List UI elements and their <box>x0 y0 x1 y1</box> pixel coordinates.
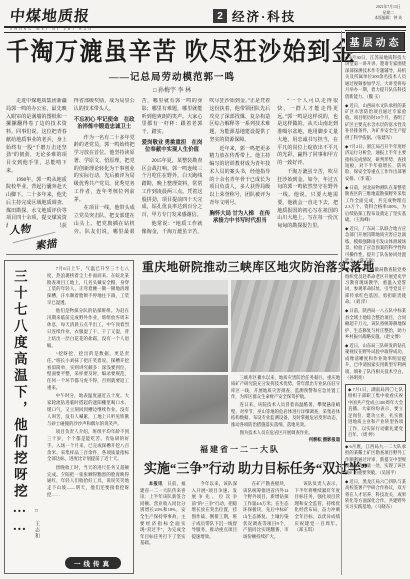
sidebar-item-text: 7月2日，浙江局召开半年度经济运行分析会，通报上半年主要指标完成情况，研判形势、… <box>345 144 406 181</box>
sidebar-item-text: 6月底，江西局九一二大队承担的某稀土矿区勘查项目野外工作顺利通过评审，新提交中型… <box>345 444 406 475</box>
article-block: 作为一名有二十多年党龄的老党员，郭一鸣始终把学习放在首位。他坚持读原著、学原文、… <box>74 135 135 205</box>
sidebar-item: ◆近日，广东局二队联合地方应急部门开展汛期地质灾害应急演练，模拟强降雨引发山体滑… <box>345 226 406 265</box>
column-logo-character-sketch: 人物 素描 <box>8 222 60 252</box>
sidebar-item: ◆7月1日，湖南局四〇七队组织干部职工集中收看庆祝中国共产党成立100周年大会直… <box>345 384 406 442</box>
date-line: 2021年7月13日 <box>374 5 402 11</box>
diamond-bullet-icon: ◆ <box>345 226 348 231</box>
bottom-article-paragraph: 今年以来，该队深入开展“项目争速、发展争先、位次争前”的“三争”行动，把稳增长放… <box>192 481 238 540</box>
sidebar-item-text: 6月30日，江苏局地质科技大讲堂第一讲开讲，邀请专家围绕深部探测技术作专题辅导，… <box>345 55 406 99</box>
sidebar-item-text: 6月下旬，安徽局勘查院党委组织党员赴革命老区开展党史学习教育现场教学，重温入党誓… <box>345 267 406 304</box>
bottom-article-headline: 实施“三争”行动 助力目标任务“双过半” <box>144 457 336 477</box>
bottom-article-paragraph: 该队负责人表示，下半年将继续紧盯年度目标任务，强化项目管理和安全监管，持续优化经… <box>295 481 341 534</box>
sidebar-divider-rule <box>341 31 342 575</box>
article-block: 2015年夏，某整装勘查区会战打响。郭一鸣连续三个月吃住在野外，白天跑线踏勘，晚… <box>142 158 203 220</box>
feature-paragraph: 傍晚收工时，当天的进尺任务又超额完成。夕阳把一张张晒得黝黑的脸庞映得通红，年轻人… <box>47 465 129 499</box>
caption-paragraph: 三峡库区蓄水以来，地质灾害防治任务艰巨。重庆地质矿产研究院充分发挥技术优势，常年… <box>231 375 340 401</box>
article-block: 近年来，郭一鸣把更多精力放在传帮带上。他主持编写的培训教材成为青年技术人员的案头… <box>209 146 270 208</box>
sidebar-item-text: 日前，陕西局一八五队中标某县全域土地综合整治项目，合同额超千万元。该队将统筹耕地… <box>345 308 406 339</box>
sidebar-item: ◆6月底，江西局九一二大队承担的某稀土矿区勘查项目野外工作顺利通过评审，新提交中… <box>345 444 406 476</box>
sidebar-item: ◆6月30日，江苏局地质科技大讲堂第一讲开讲，邀请专家围绕深部探测技术作专题辅导… <box>345 55 406 100</box>
paragraph-text: 今年以来，该队深入开展“项目争速、发展争先、位次争前”的“三争”行动，把稳增长放… <box>192 481 238 539</box>
caption-paragraph: 图为技术人员在危岩区开展调查作业。 <box>231 430 340 436</box>
article-block: 走进中煤地质集团新疆局郭一鸣的办公室，最先映入眼帘的是满墙的图纸和一摞摞翻得卷了… <box>6 98 67 176</box>
collage-right-column: 三峡库区蓄水以来，地质灾害防治任务艰巨。重庆地质矿产研究院充分发挥技术优势，常年… <box>231 280 340 444</box>
sidebar-item-text: 近日，广东局二队联合地方应急部门开展汛期地质灾害应急演练，模拟强降雨引发山体滑坡… <box>345 226 406 263</box>
frontline-report-tag: 一线传真 <box>65 557 121 569</box>
section-title: 经济·科技 <box>232 7 296 25</box>
sidebar-items: ◆6月30日，江苏局地质科技大讲堂第一讲开讲，邀请专家围绕深部探测技术作专题辅导… <box>345 55 406 511</box>
left-feature-body: 7月6日上午，气温已升至三十七八度，热浪裹挟着尘土扑面而来。在皖北某勘查项目工地… <box>47 266 129 548</box>
left-feature-box: 三十七八度高温下，他们挖呀挖…… □ 王志和 7月6日上午，气温已升至三十七八度… <box>4 260 134 574</box>
photo-collage: 三峡库区蓄水以来，地质灾害防治任务艰巨。重庆地质矿产研究院充分发挥技术优势，常年… <box>140 280 340 444</box>
feature-paragraph: 7月6日上午，气温已升至三十七八度，热浪裹挟着尘土扑面而来。在皖北某勘查项目工地… <box>47 266 129 307</box>
article-block: “一个人可以走得很快，一群人才能走得更远。”郭一鸣是这样说的，也是这样做的。从天… <box>277 98 338 168</box>
sidebar-item-text: 近日，黑龙江局六〇四队与某高校签署产学研合作协议，双方将在人才培养、科技攻关、成… <box>345 479 406 510</box>
main-byline: □ 孙梅宇 李 林 <box>6 85 338 94</box>
photo-credit: 何耕耘 摄影报道 <box>231 437 340 443</box>
bottom-article-kicker: 福建省一二一大队 <box>140 444 340 455</box>
diamond-bullet-icon: ◆ <box>345 144 348 149</box>
bottom-article-body: 本报讯 日前，福建省一二一大队传来喜讯：上半年该队新签合同额、营业收入同比分别增… <box>140 481 340 579</box>
sidebar-item-text: 近日，山西局水文队承担的某矿区水害防治项目通过专家验收。项目组历时10个月，查明… <box>345 103 406 140</box>
article-block: 爱岗敬业 勇挑重担 在岗位奉献中实现人生价值 <box>142 140 203 155</box>
sidebar-item: ◆近日，山西局水文队承担的某矿区水害防治项目通过专家验收。项目组历时10个月，查… <box>345 103 406 142</box>
paragraph-text: 该队负责人表示，下半年将继续紧盯年度目标任务，强化项目管理和安全监管，持续优化经… <box>295 481 341 532</box>
photo-feature: 重庆地研院推动三峡库区地灾防治落实落地 三峡库区蓄水以来，地质灾害防治任务艰巨。… <box>140 258 340 444</box>
diamond-bullet-icon: ◆ <box>345 479 348 484</box>
cliff-climber-photo <box>140 328 228 372</box>
sidebar-item: ◆6月下旬，安徽局勘查院党委组织党员赴革命老区开展党史学习教育现场教学，重温入党… <box>345 267 406 306</box>
bottom-article-paragraph: 在矿产勘查板块，该队统筹推进省内外12个野外项目，新增钻探工作量4.6万米；在生… <box>243 481 289 540</box>
article-block: 胸怀大局 甘为人梯 在传承接力中书写时代担当 <box>209 211 270 226</box>
diamond-bullet-icon: ◆ <box>348 387 352 392</box>
article-block: 千淘万漉虽辛苦，吹尽狂沙始到金。如今，年过五旬的郭一鸣依然坚守在野外一线。他说，… <box>277 169 338 231</box>
diamond-bullet-icon: ◆ <box>345 343 348 348</box>
sidebar-item-text: 近日，山东局三队研发的钻孔窥视仪在野外试验中取得成功，成像清晰度和作业效率明显提… <box>345 343 406 380</box>
editor-line: 本版编辑：钟 英 <box>374 16 402 22</box>
left-feature-byline: □ 王志和 <box>33 509 40 539</box>
page-number-badge: 2 <box>213 9 227 23</box>
bottom-article-paragraph: 本报讯 日前，福建省一二一大队传来喜讯：上半年该队新签合同额、营业收入同比分别增… <box>140 481 186 547</box>
caption-paragraph: 连日来，该院技术人员冒着高温酷暑，攀爬悬崖峭壁，对奉节、巫山等地的危岩体进行详细… <box>231 402 340 428</box>
valley-trail-photo <box>140 280 228 325</box>
rock-face-photo <box>231 280 340 372</box>
main-headline: 千淘万漉虽辛苦 吹尽狂沙始到金 <box>6 32 338 68</box>
sidebar-item: ◆日前，河北局物测队在某整装勘查区的三维地震勘探野外采集工作全面完成，共完成物理… <box>345 185 406 224</box>
photo-feature-headline: 重庆地研院推动三峡库区地灾防治落实落地 <box>142 258 338 275</box>
main-article-bottom-rule <box>6 254 338 255</box>
feature-paragraph: 项目负责人介绍，班组平均年龄不到三十岁，个个都是能吃苦、肯钻研的好手。入场一个月… <box>47 429 129 463</box>
feature-paragraph: “挖呀挖，挖出的是数据，更是责任。”班长小刘抹了把汗笑着说。探槽开挖看似简单，实… <box>47 351 129 392</box>
sidebar-item: ◆日前，陕西局一八五队中标某县全域土地综合整治项目，合同额超千万元。该队将统筹耕… <box>345 308 406 340</box>
paragraph-text: 在矿产勘查板块，该队统筹推进省内外12个野外项目，新增钻探工作量4.6万米；在生… <box>243 481 289 539</box>
sketch-logo-word-2: 素描 <box>35 236 58 253</box>
diamond-bullet-icon: ◆ <box>345 103 348 108</box>
sketch-logo-word-1: 人物 <box>9 221 32 238</box>
diamond-bullet-icon: ◆ <box>345 55 349 60</box>
diamond-bullet-icon: ◆ <box>345 267 349 272</box>
bottom-article: 福建省一二一大队 实施“三争”行动 助力目标任务“双过半” 本报讯 日前，福建省… <box>140 444 340 579</box>
dateline-lead: 本报讯 <box>149 481 167 486</box>
sidebar-item: ◆7月2日，浙江局召开半年度经济运行分析会，通报上半年主要指标完成情况，研判形势… <box>345 144 406 183</box>
date-block: 2021年7月13日 星期二 本版编辑：钟 英 <box>374 5 402 22</box>
diamond-bullet-icon: ◆ <box>345 444 349 449</box>
article-block: 不忘初心 牢记使命 在政治淬炼中锻造忠诚卫士 <box>74 117 135 132</box>
main-subtitle: ——记总局劳动模范郭一鸣 <box>6 69 338 83</box>
feature-paragraph: 他们是物探分队的钻探班组。为赶在汛期来临前完成野外作业，班组放弃周末休息，每天清… <box>47 308 129 349</box>
sidebar-item-text: 7月1日，湖南局四〇七队组织干部职工集中收看庆祝中国共产党成立100周年大会直播… <box>348 387 403 437</box>
sidebar-item-text: 日前，河北局物测队在某整装勘查区的三维地震勘探野外采集工作全面完成，共完成物理点… <box>345 185 406 222</box>
left-feature-vertical-headline: 三十七八度高温下，他们挖呀挖…… <box>11 269 26 561</box>
slope-survey-photo <box>140 375 228 424</box>
page-header-center: 2 经济·科技 <box>213 7 296 25</box>
paragraph-text: 日前，福建省一二一大队传来喜讯：上半年该队新签合同额、营业收入同比分别增长23%… <box>140 481 186 545</box>
collage-left-column <box>140 280 228 444</box>
sidebar-item: ◆近日，山东局三队研发的钻孔窥视仪在野外试验中取得成功，成像清晰度和作业效率明显… <box>345 343 406 382</box>
sidebar-grassroots-news: 基层动态 ◆6月30日，江苏局地质科技大讲堂第一讲开讲，邀请专家围绕深部探测技术… <box>345 30 406 575</box>
diamond-bullet-icon: ◆ <box>345 185 348 190</box>
masthead-title: 中煤地质报 <box>9 5 94 26</box>
diamond-bullet-icon: ◆ <box>345 308 348 313</box>
photo-caption: 三峡库区蓄水以来，地质灾害防治任务艰巨。重庆地质矿产研究院充分发挥技术优势，常年… <box>231 375 340 444</box>
caption-paragraphs: 三峡库区蓄水以来，地质灾害防治任务艰巨。重庆地质矿产研究院充分发挥技术优势，常年… <box>231 375 340 436</box>
sidebar-title: 基层动态 <box>346 32 405 51</box>
sidebar-item: ◆近日，黑龙江局六〇四队与某高校签署产学研合作协议，双方将在人才培养、科技攻关、… <box>345 479 406 511</box>
newspaper-page: 中煤地质报 ZHONG MEI DI ZHI BAO 2 经济·科技 2021年… <box>0 0 410 579</box>
feature-paragraph: 中午时分，地表温度逼近五十度。大家轮流钻进临时搭起的遮阳棚里喝口水、缓口气，又立… <box>47 393 129 427</box>
